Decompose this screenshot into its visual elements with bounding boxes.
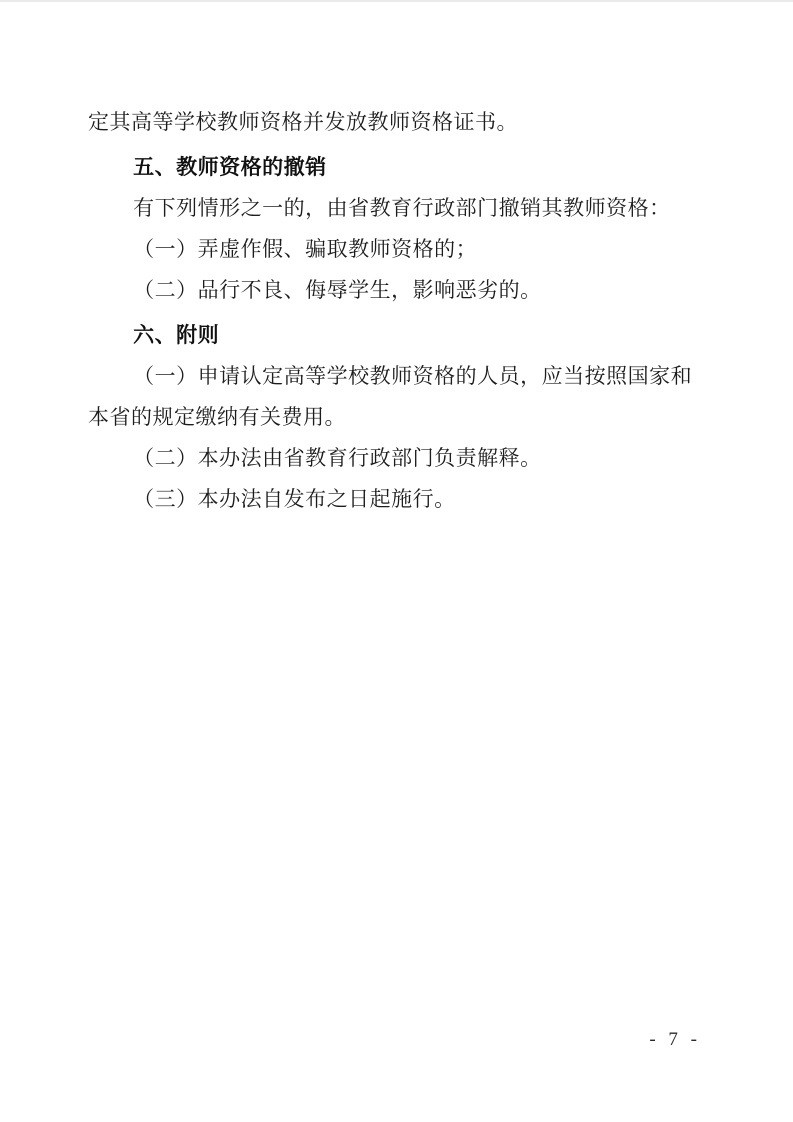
body-paragraph-item-2b: （二）本办法由省教育行政部门负责解释。 xyxy=(88,438,708,479)
body-paragraph-item-1-second-line: 本省的规定缴纳有关费用。 xyxy=(88,397,708,438)
body-paragraph: 有下列情形之一的，由省教育行政部门撤销其教师资格： xyxy=(88,188,708,229)
page-number: - 7 - xyxy=(649,1028,701,1052)
page-top-edge-line xyxy=(0,0,793,2)
body-paragraph-item-3: （三）本办法自发布之日起施行。 xyxy=(88,479,708,520)
document-body: 定其高等学校教师资格并发放教师资格证书。 五、教师资格的撤销 有下列情形之一的，… xyxy=(88,102,708,520)
section-heading-5: 五、教师资格的撤销 xyxy=(88,147,708,188)
body-paragraph-item-1: （一）弄虚作假、骗取教师资格的； xyxy=(88,229,708,270)
body-continuation-line: 定其高等学校教师资格并发放教师资格证书。 xyxy=(88,102,708,143)
document-page: 定其高等学校教师资格并发放教师资格证书。 五、教师资格的撤销 有下列情形之一的，… xyxy=(0,0,793,1122)
body-paragraph-item-1-first-line: （一）申请认定高等学校教师资格的人员，应当按照国家和 xyxy=(88,356,708,397)
body-paragraph-item-2: （二）品行不良、侮辱学生，影响恶劣的。 xyxy=(88,270,708,311)
section-heading-6: 六、附则 xyxy=(88,315,708,356)
